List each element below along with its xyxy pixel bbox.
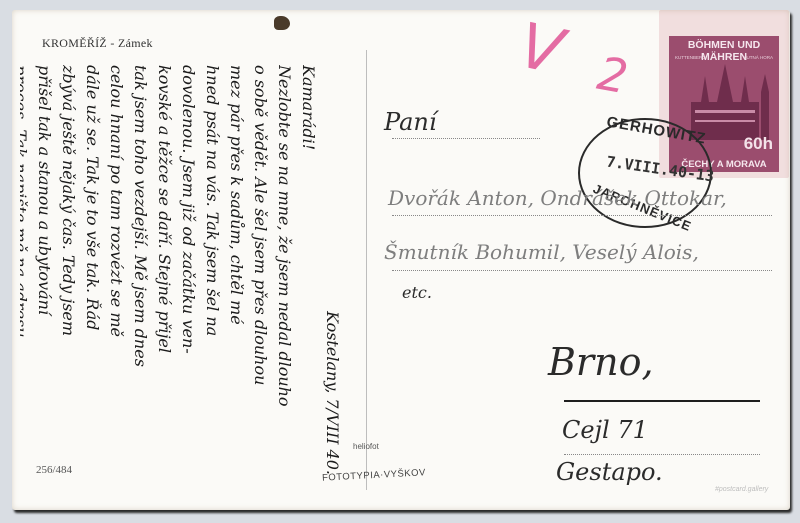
message-line: proces. Tak napište mě na adresu xyxy=(20,65,32,485)
address-office: Gestapo. xyxy=(556,458,663,486)
message-line: hned psát na vás. Tak jsem šel na xyxy=(200,65,224,485)
address-line-3 xyxy=(392,270,772,271)
handwritten-message: Kostelany, 7/VIII 40. Kamarádi! Nezlobte… xyxy=(20,55,350,495)
message-line: kovské a těžce se daří. Stejné přijel xyxy=(152,65,176,485)
message-date: Kostelany, 7/VIII 40. xyxy=(320,65,344,485)
stamp-caption-left: KUTTENBERG xyxy=(675,55,706,60)
message-line: dále už se. Tak je to vše tak. Řád xyxy=(80,65,104,485)
printer-small: heliofot xyxy=(353,442,379,451)
stamp-caption-right: KUTNÁ HORA xyxy=(743,55,773,60)
watermark: #postcard.gallery xyxy=(715,486,768,493)
postcard-title: KROMĚŘÍŽ - Zámek xyxy=(42,36,153,51)
recipients-line-1: Dvořák Anton, Ondrášek Ottokar, xyxy=(388,186,727,210)
stamp-value: 60h xyxy=(744,134,773,154)
message-line: zbývá ještě nějaký čas. Tedy jsem xyxy=(56,65,80,485)
recipients-etc: etc. xyxy=(402,283,432,302)
message-greeting: Kamarádi! xyxy=(296,65,320,485)
message-line: o sobě vědět. Ale šel jsem přes dlouhou xyxy=(248,65,272,485)
message-line: mez pár přes k sadům, chtěl mé xyxy=(224,65,248,485)
recipients-line-2: Šmutník Bohumil, Veselý Alois, xyxy=(384,240,699,264)
address-street: Cejl 71 xyxy=(562,416,648,444)
address-line-4 xyxy=(564,454,760,455)
message-line: přišel tak a stanou a ubytování xyxy=(32,65,56,485)
message-line: celou hnaní po tam rozvézt se mě xyxy=(104,65,128,485)
center-divider xyxy=(366,50,367,490)
address-line-1 xyxy=(392,138,540,139)
city-underline xyxy=(564,400,760,402)
salutation: Paní xyxy=(384,108,437,136)
address-city: Brno, xyxy=(548,340,654,384)
message-line: Nezlobte se na mne, že jsem nedal dlouho xyxy=(272,65,296,485)
serial-number: 256/484 xyxy=(36,464,72,476)
message-line: tak jsem toho vezdejší. Mě jsem dnes xyxy=(128,65,152,485)
address-line-2 xyxy=(392,215,772,216)
stain-mark xyxy=(274,16,290,30)
message-line: dovolenou. Jsem již od začátku ven- xyxy=(176,65,200,485)
